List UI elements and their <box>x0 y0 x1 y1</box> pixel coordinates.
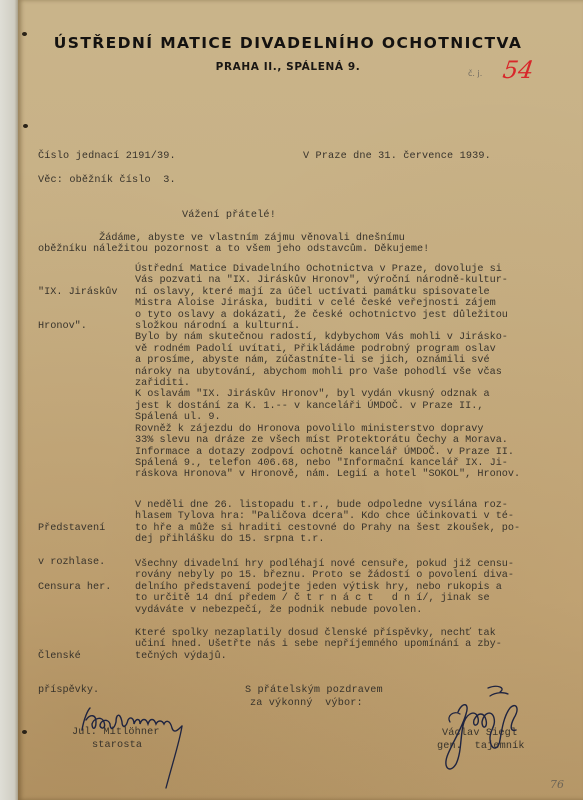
body-line: Vás pozvati na "IX. Jiráskův Hronov", vý… <box>135 275 520 286</box>
body-line: Spálená 9., telefon 406.68, nebo "Inform… <box>135 458 520 469</box>
closing-on-behalf: za výkonný výbor: <box>250 698 363 709</box>
body-line: Všechny divadelní hry podléhají nové cen… <box>135 559 514 570</box>
signatory-title-chairman: starosta <box>92 740 142 751</box>
body-line: nároky na ubytování, abychom mohli pro V… <box>135 367 520 378</box>
body-line: Které spolky nezaplatily dosud členské p… <box>135 628 502 639</box>
body-line: tečných výdajů. <box>135 651 502 662</box>
intro-line: oběžníku náležitou pozornost a to všem j… <box>38 244 429 255</box>
body-line: K oslavám "IX. Jiráskův Hronov", byl vyd… <box>135 389 520 400</box>
red-ink-number: 54 <box>501 56 535 84</box>
intro-paragraph: Žádáme, abyste ve vlastním zájmu věnoval… <box>38 233 429 256</box>
body-line: hlasem Tylova hra: "Paličova dcera". Kdo… <box>135 511 520 522</box>
body-line: Ústřední Matice Divadelního Ochotnictva … <box>135 264 520 275</box>
body-line: delního představení podejte jeden výtisk… <box>135 582 514 593</box>
punch-hole <box>23 124 28 128</box>
body-line: zařiditi. <box>135 378 520 389</box>
place-and-date: V Praze dne 31. července 1939. <box>303 151 491 162</box>
section-label-membership-fees: Členské příspěvky. <box>38 628 99 708</box>
body-line: V neděli dne 26. listopadu t.r., bude od… <box>135 500 520 511</box>
body-line: složkou národní a kulturní. <box>135 321 520 332</box>
section-body-radio-performance: V neděli dne 26. listopadu t.r., bude od… <box>135 500 520 546</box>
signatory-name-secretary: Václav Siegl <box>442 728 517 739</box>
body-line: ní oslavy, které mají za účel uctívati p… <box>135 287 520 298</box>
body-line: vě rodném Padolí uvítati, Přikládáme pod… <box>135 344 520 355</box>
body-line: učiní hned. Ušetřte nás i sebe nepříjemn… <box>135 639 502 650</box>
body-line: a prosíme, abyste nám, zúčastníte-li se … <box>135 355 520 366</box>
body-line: o tyto oslavy a dokázati, že české ochot… <box>135 310 520 321</box>
salutation: Vážení přátelé! <box>182 210 276 221</box>
section-body-jiraskuv-hronov: Ústřední Matice Divadelního Ochotnictva … <box>135 264 520 481</box>
subject-line: Věc: oběžník číslo 3. <box>38 175 176 186</box>
section-body-censorship: Všechny divadelní hry podléhají nové cen… <box>135 559 514 616</box>
body-line: to určitě 14 dní předem / č t r n á c t … <box>135 593 514 604</box>
archive-page-number: 76 <box>550 778 564 791</box>
body-line: dej přihlášku do 15. srpna t.r. <box>135 534 520 545</box>
intro-line: Žádáme, abyste ve vlastním zájmu věnoval… <box>38 233 429 244</box>
pencil-annotation: č. j. <box>468 69 482 78</box>
punch-hole <box>22 32 27 36</box>
body-line: rovány nebyly po 15. březnu. Proto se žá… <box>135 570 514 581</box>
section-label-censorship: Censura her. <box>38 559 111 605</box>
body-line: 33% slevu na dráze ze všech míst Protekt… <box>135 435 520 446</box>
section-label-jiraskuv-hronov: "IX. Jiráskův Hronov". <box>38 264 117 344</box>
body-line: Informace a dotazy zodpoví ochotně kance… <box>135 447 520 458</box>
scan-background-edge <box>0 0 18 800</box>
signatory-name-chairman: Jul. Mitlöhner <box>72 727 160 738</box>
body-line: ráskova Hronova" v Hronově, nám. Legií a… <box>135 469 520 480</box>
body-line: jest k dostání za K. 1.-- v kanceláři ÚM… <box>135 401 520 412</box>
body-line: Rovněž k zájezdu do Hronova povolilo min… <box>135 424 520 435</box>
punch-hole <box>22 730 27 734</box>
body-line: Mistra Aloise Jiráska, buditi v celé čes… <box>135 298 520 309</box>
signatory-title-secretary: gen. tajemník <box>437 741 525 752</box>
body-line: vydáváte v nebezpečí, že podnik nebude p… <box>135 605 514 616</box>
section-body-membership-fees: Které spolky nezaplatily dosud členské p… <box>135 628 502 662</box>
body-line: to hře a může si hraditi cestovné do Pra… <box>135 523 520 534</box>
letterhead-organization: ÚSTŘEDNÍ MATICE DIVADELNÍHO OCHOTNICTVA <box>28 34 548 52</box>
body-line: Spálená ul. 9. <box>135 412 520 423</box>
body-line: Bylo by nám skutečnou radostí, kdybychom… <box>135 332 520 343</box>
closing-greeting: S přátelským pozdravem <box>245 685 383 696</box>
file-number: Číslo jednací 2191/39. <box>38 151 176 162</box>
